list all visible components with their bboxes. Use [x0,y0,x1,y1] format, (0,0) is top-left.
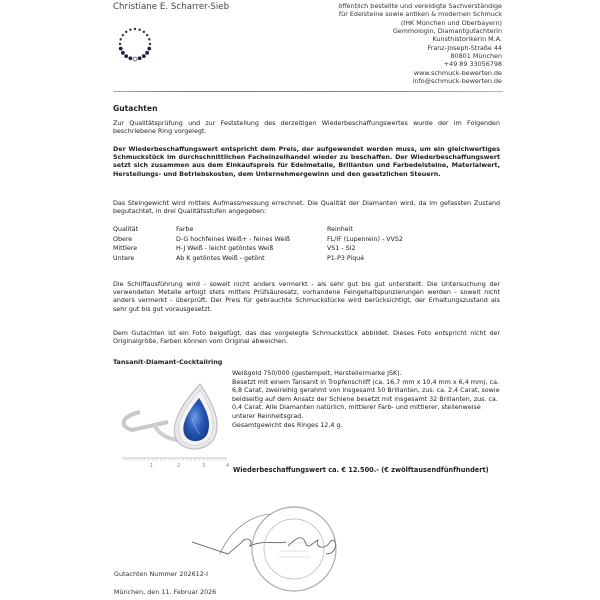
intro-paragraph: Zur Qualitätsprüfung und zur Feststellun… [113,120,500,136]
appraiser-name: Christiane E. Scharrer-Sieb [113,2,229,12]
appraisal-number: Gutachten Nummer 202612-I [114,570,208,578]
table-row: Untere Ab K getöntes Weiß - getönt P1-P3… [113,254,500,264]
stone-weight-paragraph: Das Steingewicht wird mittels Aufmassmes… [113,200,500,216]
cell-color: D-G hochfeines Weiß+ - feines Weiß [176,235,327,245]
cell-color: H-J Weiß - leicht getöntes Weiß [176,244,327,254]
email-link[interactable]: info@schmuck-bewerten.de [242,77,502,85]
cell-color: Ab K getöntes Weiß - getönt [176,254,327,264]
photo-note-paragraph: Dem Gutachten ist ein Foto beigefügt, da… [113,330,500,346]
quality-table: Qualität Farbe Reinheit Obere D-G hochfe… [113,225,500,264]
header-color: Farbe [176,225,327,235]
credential-line: Gemmologin, Diamantgutachterin [242,27,502,35]
phone-number: +49 89 33056798 [242,60,502,68]
header-quality: Qualität [113,225,176,235]
cut-note-paragraph: Die Schliffausführung wird - soweit nich… [113,281,500,314]
header-divider [113,91,503,92]
cell-clarity: VS1 - SI2 [327,244,500,254]
ruler-label: 2 [177,463,180,469]
table-row: Mittlere H-J Weiß - leicht getöntes Weiß… [113,244,500,254]
item-stones: Besetzt mit einem Tansanit in Tropfensch… [232,379,502,422]
header-clarity: Reinheit [327,225,500,235]
ring-photo: 1 2 3 4 [112,378,230,480]
document-title: Gutachten [113,104,158,113]
table-row: Obere D-G hochfeines Weiß+ - feines Weiß… [113,235,500,245]
item-title: Tansanit-Diamant-Cocktailring [113,358,222,366]
ruler-label: 3 [202,463,205,469]
cell-clarity: P1-P3 Piqué [327,254,500,264]
cell-quality: Mittlere [113,244,176,254]
address-street: Franz-Joseph-Straße 44 [242,44,502,52]
appraisal-date: München, den 11. Februar 2026 [114,588,216,596]
address-city: 80801 München [242,52,502,60]
website-link[interactable]: www.schmuck-bewerten.de [242,69,502,77]
appraiser-credentials: öffentlich bestellte und vereidigte Sach… [242,2,502,85]
definition-paragraph: Der Wiederbeschaffungswert entspricht de… [113,146,500,179]
ruler-label: 1 [150,463,153,469]
credential-line: (IHK München und Oberbayern) [242,19,502,27]
official-seal-stamp [250,505,338,593]
item-description: Weißgold 750/000 (gestempelt, Hersteller… [232,370,502,430]
credential-line: öffentlich bestellte und vereidigte Sach… [242,2,502,10]
item-weight: Gesamtgewicht des Ringes 12,4 g. [232,422,502,431]
cell-quality: Untere [113,254,176,264]
ruler-label: 4 [226,463,229,469]
appraisal-document: Christiane E. Scharrer-Sieb öffentlich b… [0,0,600,600]
pearl-necklace-logo-icon [116,25,154,63]
credential-line: Kunsthistorikerin M.A. [242,35,502,43]
credential-line: für Edelsteine sowie antiken & modernen … [242,10,502,18]
replacement-value: Wiederbeschaffungswert ca. € 12.500.- (€… [233,466,489,474]
item-metal: Weißgold 750/000 (gestempelt, Hersteller… [232,370,502,379]
cell-quality: Obere [113,235,176,245]
quality-table-header: Qualität Farbe Reinheit [113,225,500,235]
cell-clarity: FL/IF (Lupenrein) - VVS2 [327,235,500,245]
